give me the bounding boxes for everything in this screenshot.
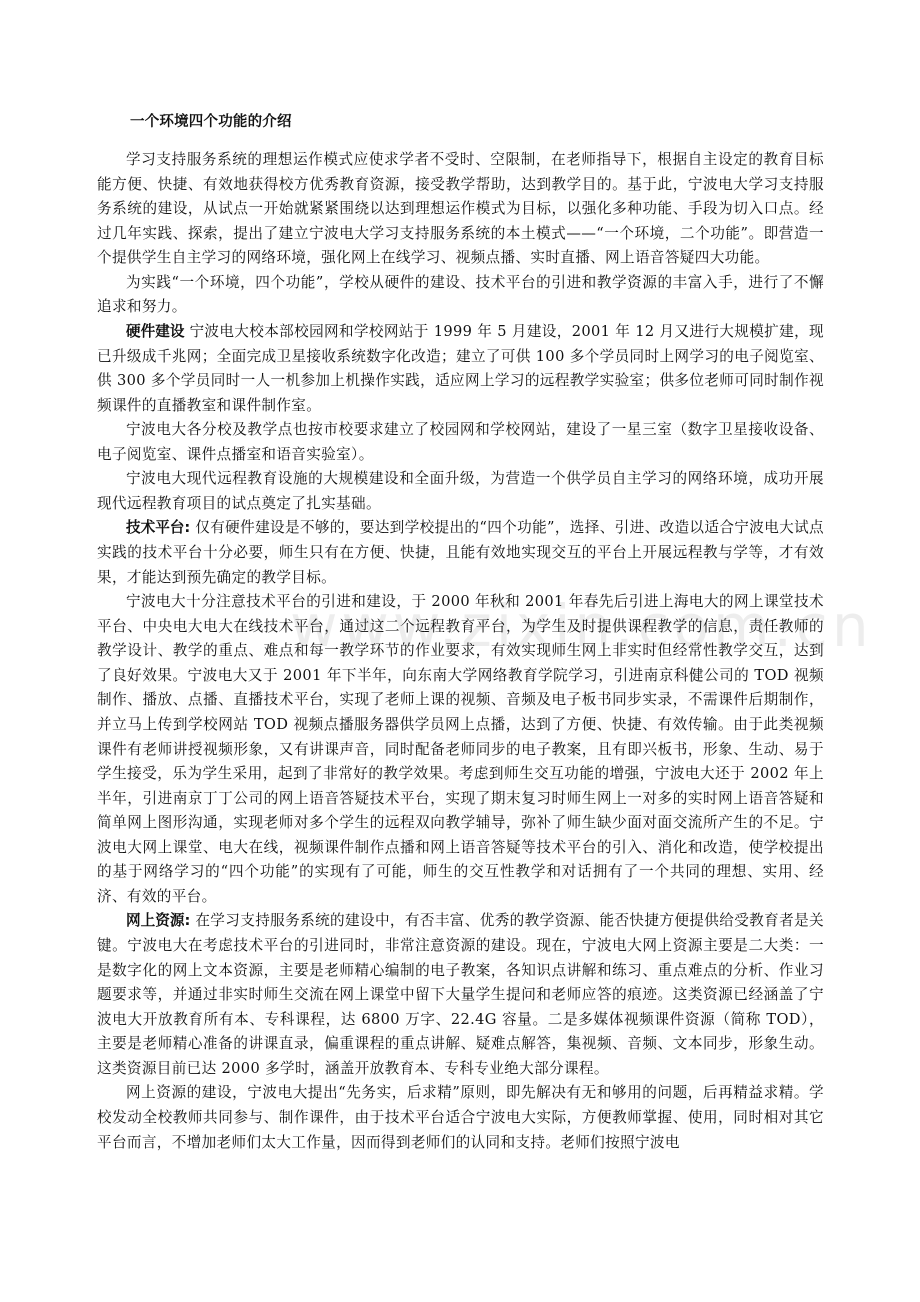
paragraph-facilities: 宁波电大现代远程教育设施的大规模建设和全面升级，为营造一个供学员自主学习的网络环… (97, 467, 824, 516)
paragraph-platform-detail: 宁波电大十分注意技术平台的引进和建设，于 2000 年秋和 2001 年春先后引… (97, 590, 824, 909)
paragraph-text: 宁波电大十分注意技术平台的引进和建设，于 2000 年秋和 2001 年春先后引… (97, 593, 824, 905)
paragraph-platform: 技术平台: 仅有硬件建设是不够的，要达到学校提出的“四个功能”，选择、引进、改造… (97, 516, 824, 590)
paragraph-text: 宁波电大校本部校园网和学校网站于 1999 年 5 月建设，2001 年 12 … (97, 323, 824, 414)
section-lead-resources: 网上资源: (126, 912, 190, 929)
paragraph-resources: 网上资源: 在学习支持服务系统的建设中，有否丰富、优秀的教学资源、能否快捷方便提… (97, 909, 824, 1081)
document-title: 一个环境四个功能的介绍 (130, 110, 824, 134)
document-page: 一个环境四个功能的介绍 学习支持服务系统的理想运作模式应使求学者不受时、空限制，… (97, 110, 824, 1155)
paragraph-text: 在学习支持服务系统的建设中，有否丰富、优秀的教学资源、能否快捷方便提供给受教育者… (97, 912, 824, 1076)
paragraph-hardware: 硬件建设 宁波电大校本部校园网和学校网站于 1999 年 5 月建设，2001 … (97, 320, 824, 418)
paragraph-practice: 为实践“一个环境，四个功能”，学校从硬件的建设、技术平台的引进和教学资源的丰富入… (97, 271, 824, 320)
paragraph-branches: 宁波电大各分校及教学点也按市校要求建立了校园网和学校网站，建设了一星三室（数字卫… (97, 418, 824, 467)
section-lead-hardware: 硬件建设 (126, 323, 184, 340)
paragraph-text: 网上资源的建设，宁波电大提出“先务实，后求精”原则，即先解决有无和够用的问题，后… (97, 1084, 824, 1150)
section-lead-platform: 技术平台: (126, 519, 190, 536)
paragraph-text: 宁波电大各分校及教学点也按市校要求建立了校园网和学校网站，建设了一星三室（数字卫… (97, 421, 824, 463)
paragraph-text: 为实践“一个环境，四个功能”，学校从硬件的建设、技术平台的引进和教学资源的丰富入… (97, 274, 824, 316)
paragraph-intro: 学习支持服务系统的理想运作模式应使求学者不受时、空限制，在老师指导下，根据自主设… (97, 148, 824, 271)
paragraph-resource-building: 网上资源的建设，宁波电大提出“先务实，后求精”原则，即先解决有无和够用的问题，后… (97, 1081, 824, 1155)
paragraph-text: 学习支持服务系统的理想运作模式应使求学者不受时、空限制，在老师指导下，根据自主设… (97, 151, 824, 266)
paragraph-text: 仅有硬件建设是不够的，要达到学校提出的“四个功能”，选择、引进、改造以适合宁波电… (97, 519, 824, 585)
paragraph-text: 宁波电大现代远程教育设施的大规模建设和全面升级，为营造一个供学员自主学习的网络环… (97, 470, 824, 512)
